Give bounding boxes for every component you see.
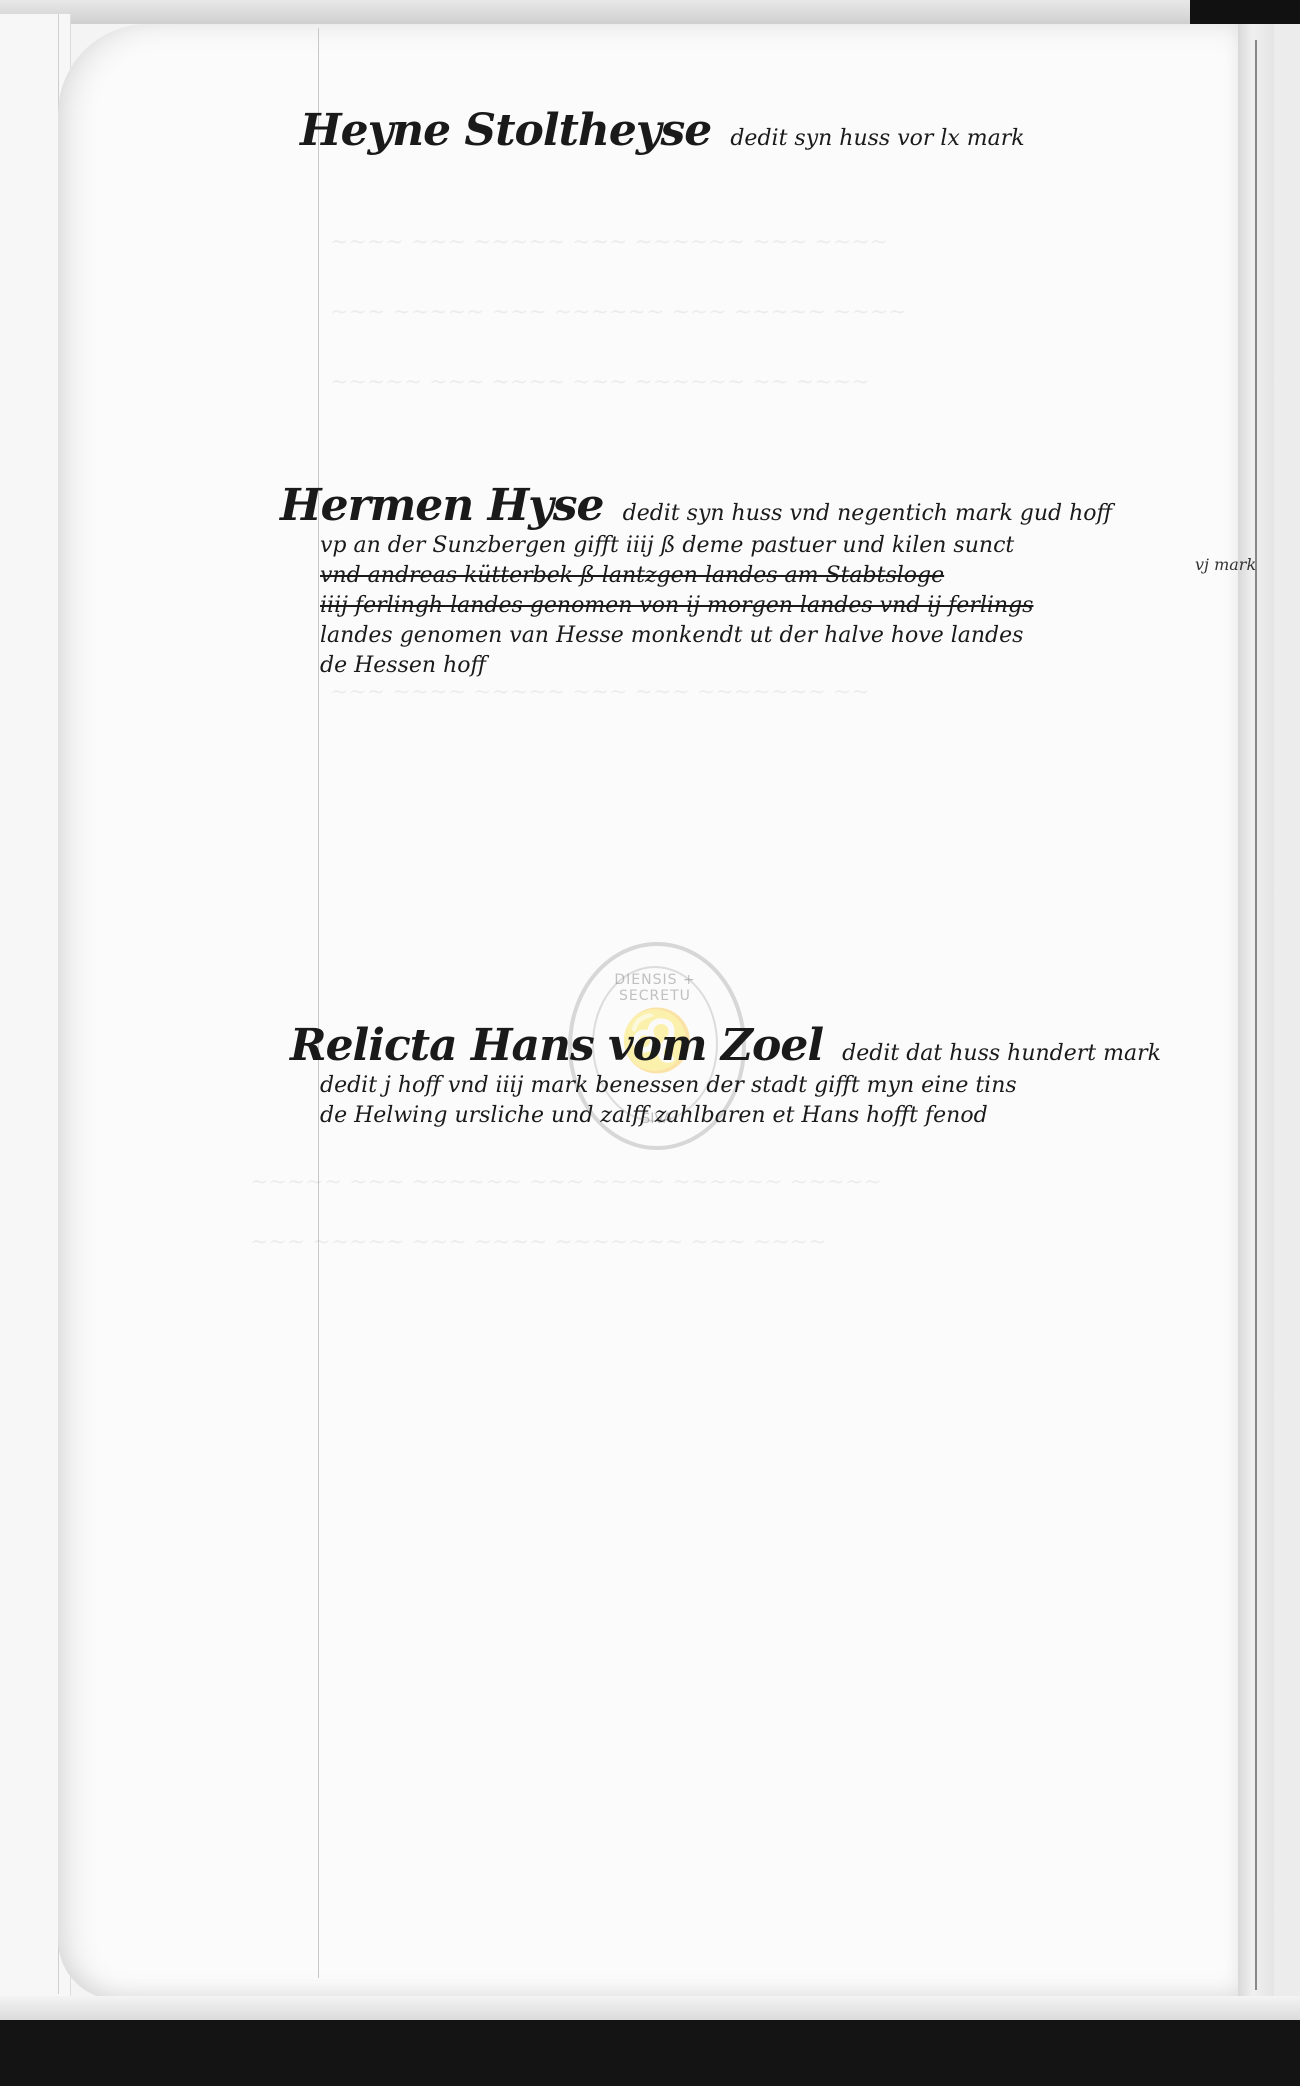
entry-line: de Helwing ursliche und zalff zahlbaren … (320, 1101, 1161, 1131)
gutter-shadow-line (1255, 40, 1257, 1990)
entry-line: vp an der Sunzbergen gifft iiij ß deme p… (320, 531, 1112, 561)
entry-hermen-hyse: Hermen Hyse dedit syn huss vnd negentich… (280, 480, 1112, 681)
entry-line: dedit syn huss vor lx mark (730, 126, 1024, 151)
entry-line: de Hessen hoff (320, 651, 1112, 681)
entry-line-struck: vnd andreas kütterbek ß lantzgen landes … (320, 561, 1112, 591)
entry-name: Hermen Hyse (280, 480, 604, 531)
entry-relicta-hans-vom-zoel: Relicta Hans vom Zoel dedit dat huss hun… (290, 1020, 1161, 1131)
margin-note: vj mark (1195, 555, 1256, 574)
entry-line-struck: iiij ferlingh landes genomen von ij morg… (320, 591, 1112, 621)
entry-name: Heyne Stoltheyse (300, 105, 711, 156)
entry-heyne-stoltheyse: Heyne Stoltheyse dedit syn huss vor lx m… (300, 105, 1025, 156)
entry-line: dedit syn huss vnd negentich mark gud ho… (623, 501, 1113, 526)
seal-text-top: DIENSIS + SECRETU (580, 972, 730, 1004)
scan-bottom-edge (0, 1996, 1300, 2020)
entry-line: dedit dat huss hundert mark (842, 1041, 1161, 1066)
next-page-edge (1274, 24, 1300, 2000)
margin-rule-line (318, 28, 319, 1978)
entry-line: dedit j hoff vnd iiij mark benessen der … (320, 1071, 1161, 1101)
entry-name: Relicta Hans vom Zoel (290, 1020, 823, 1071)
scan-background-bottom (0, 2020, 1300, 2086)
scan-top-edge (0, 0, 1300, 24)
entry-line: landes genomen van Hesse monkendt ut der… (320, 621, 1112, 651)
